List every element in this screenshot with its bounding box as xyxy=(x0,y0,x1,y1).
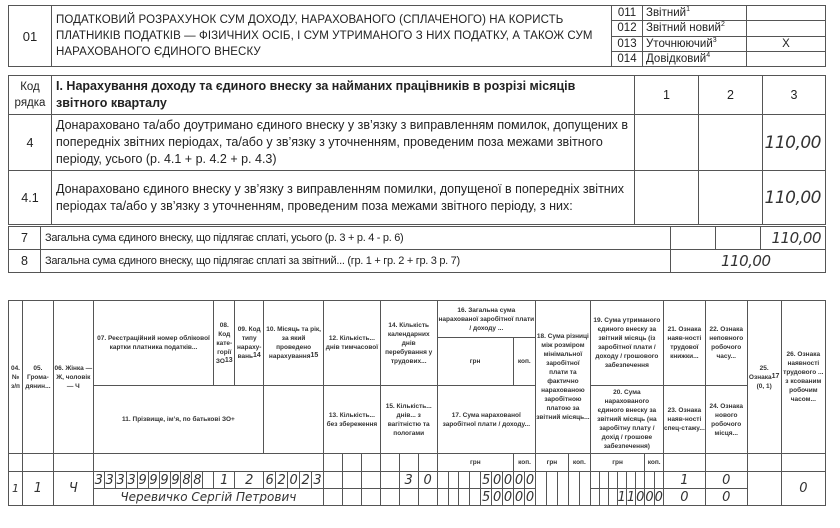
c12-cell[interactable] xyxy=(324,472,343,489)
subheader-grn: грн xyxy=(437,454,513,472)
subheader-blank xyxy=(53,454,93,472)
subheader-blank xyxy=(781,454,825,472)
tax-id-digit[interactable]: 3 xyxy=(115,472,126,489)
employee-grid: 04. № з/п 05. Грома-дянин... 06. Жінка —… xyxy=(8,300,826,506)
tax-id-digit[interactable]: 9 xyxy=(170,472,181,489)
form-header: 01 ПОДАТКОВИЙ РОЗРАХУНОК СУМ ДОХОДУ, НАР… xyxy=(8,5,826,67)
col-header-3: 3 xyxy=(763,76,826,115)
row-code: 4 xyxy=(9,115,52,171)
header-26: 26. Ознака наявності трудового ... з ксо… xyxy=(781,301,825,454)
c19-digit[interactable] xyxy=(599,472,608,489)
option-code: 011 xyxy=(612,6,643,21)
col-header-1: 1 xyxy=(635,76,699,115)
option-reporting-mark[interactable] xyxy=(747,6,826,21)
c14-value[interactable]: 3 xyxy=(399,472,418,489)
row-number[interactable]: 1 xyxy=(9,472,23,506)
c17-digit[interactable] xyxy=(470,489,481,506)
header-11: 11. Прізвище, ім’я, по батькові ЗО+ xyxy=(93,386,263,454)
c20-digit[interactable]: 1 xyxy=(626,489,635,506)
header-16-title: 16. Загальна сума нарахованої заробітної… xyxy=(438,301,535,338)
row-total-value[interactable]: 110,00 xyxy=(671,250,826,273)
table-row: 8 Загальна сума єдиного внеску, що підля… xyxy=(9,250,826,273)
subheader-kop: коп. xyxy=(568,454,590,472)
header-15: 15. Кількість... днів... з вагітністю та… xyxy=(380,386,437,454)
c16-digit[interactable]: 5 xyxy=(481,472,492,489)
subheader-grn: грн xyxy=(590,454,645,472)
c15-cell[interactable] xyxy=(380,489,399,506)
month-year-digit[interactable]: 3 xyxy=(312,472,324,489)
c17-digit[interactable]: 0 xyxy=(525,489,536,506)
c17-digit[interactable] xyxy=(459,489,470,506)
row-code: 8 xyxy=(9,250,41,273)
tax-id-digit[interactable]: 9 xyxy=(159,472,170,489)
subheader-blank xyxy=(324,454,343,472)
c17-digit[interactable] xyxy=(437,489,448,506)
row-value-1[interactable] xyxy=(671,227,716,250)
tax-id-digit[interactable]: 8 xyxy=(181,472,192,489)
c16-digit[interactable] xyxy=(470,472,481,489)
row-value-2[interactable] xyxy=(699,115,763,171)
option-code: 013 xyxy=(612,36,643,51)
tax-id-digit[interactable]: 3 xyxy=(126,472,137,489)
row-description: Донараховано єдиного внеску у зв’язку з … xyxy=(52,171,635,225)
option-reporting-new-mark[interactable] xyxy=(747,21,826,36)
c13-cell[interactable] xyxy=(361,489,380,506)
option-clarifying-mark[interactable]: X xyxy=(747,36,826,51)
month-year-digit[interactable]: 0 xyxy=(288,472,300,489)
subheader-blank xyxy=(399,454,418,472)
full-name-field[interactable]: Черевичко Сергій Петрович xyxy=(93,489,323,506)
subheader-blank xyxy=(93,454,323,472)
subheader-blank xyxy=(663,454,705,472)
c18-digit[interactable] xyxy=(557,472,568,506)
c25-field[interactable] xyxy=(747,472,781,506)
c20-digit[interactable] xyxy=(608,489,617,506)
c14-cell[interactable] xyxy=(380,472,399,489)
option-code: 014 xyxy=(612,51,643,66)
code-column-header: Код рядка xyxy=(9,76,52,115)
c17-digit[interactable]: 0 xyxy=(503,489,514,506)
c16-digit[interactable] xyxy=(437,472,448,489)
subheader-kop: коп. xyxy=(514,454,536,472)
c16-digit[interactable]: 0 xyxy=(514,472,525,489)
totals-table: 7 Загальна сума єдиного внеску, що підля… xyxy=(8,226,826,273)
c20-digit[interactable]: 0 xyxy=(636,489,645,506)
c19-digit[interactable] xyxy=(645,472,654,489)
c18-digit[interactable] xyxy=(535,472,546,506)
subheader-blank xyxy=(747,454,781,472)
header-22: 22. Ознака неповного робочого часу... xyxy=(705,301,747,386)
subheader-kop: коп. xyxy=(645,454,664,472)
subheader-blank xyxy=(380,454,399,472)
c16-digit[interactable]: 0 xyxy=(503,472,514,489)
header-24: 24. Ознака нового робочого місця... xyxy=(705,386,747,454)
table-row: 7 Загальна сума єдиного внеску, що підля… xyxy=(9,227,826,250)
c19-digit[interactable] xyxy=(617,472,626,489)
c16-digit[interactable]: 0 xyxy=(525,472,536,489)
tax-id-digit[interactable] xyxy=(203,472,214,489)
c15-cell[interactable] xyxy=(399,489,418,506)
row-value-2[interactable] xyxy=(716,227,761,250)
header-06: 06. Жінка — Ж, чоловік — Ч xyxy=(53,301,93,454)
row-value-2[interactable] xyxy=(699,171,763,225)
row-value-1[interactable] xyxy=(635,115,699,171)
form-title: ПОДАТКОВИЙ РОЗРАХУНОК СУМ ДОХОДУ, НАРАХО… xyxy=(52,6,612,67)
employee-row: 1 1 Ч 3 3 3 3 9 9 9 9 8 8 1 2 6 2 0 2 3 … xyxy=(9,472,826,489)
option-code: 012 xyxy=(612,21,643,36)
c19-digit[interactable] xyxy=(636,472,645,489)
header-07: 07. Реєстраційний номер облікової картки… xyxy=(93,301,214,386)
c13-cell[interactable] xyxy=(342,489,361,506)
subheader-grn: грн xyxy=(535,454,568,472)
c18-digit[interactable] xyxy=(546,472,557,506)
tax-id-digit[interactable]: 3 xyxy=(93,472,104,489)
row-code: 7 xyxy=(9,227,41,250)
subheader-blank xyxy=(342,454,361,472)
row-description: Донараховано та/або доутримано єдиного в… xyxy=(52,115,635,171)
c20-digit[interactable]: 0 xyxy=(654,489,663,506)
c17-digit[interactable]: 0 xyxy=(492,489,503,506)
header-04: 04. № з/п xyxy=(9,301,23,454)
c20-digit[interactable]: 0 xyxy=(645,489,654,506)
c21-field[interactable]: 1 xyxy=(663,472,705,489)
c16-digit[interactable] xyxy=(459,472,470,489)
c18-digit[interactable] xyxy=(579,472,590,506)
c13-cell[interactable] xyxy=(324,489,343,506)
subheader-blank xyxy=(9,454,23,472)
c17-digit[interactable]: 0 xyxy=(514,489,525,506)
option-reference: Довідковий4 xyxy=(643,51,747,66)
subheader-blank xyxy=(418,454,437,472)
c17-digit[interactable]: 5 xyxy=(481,489,492,506)
c19-digit[interactable] xyxy=(626,472,635,489)
month-year-digit[interactable]: 2 xyxy=(300,472,312,489)
citizen-field[interactable]: 1 xyxy=(22,472,53,506)
row-value-1[interactable] xyxy=(635,171,699,225)
gender-field[interactable]: Ч xyxy=(53,472,93,506)
row-code: 4.1 xyxy=(9,171,52,225)
option-reporting: Звітний1 xyxy=(643,6,747,21)
tax-id-digit[interactable]: 3 xyxy=(104,472,115,489)
col-header-2: 2 xyxy=(699,76,763,115)
c20-digit[interactable] xyxy=(590,489,599,506)
row-value-3[interactable]: 110,00 xyxy=(763,115,826,171)
header-10: 10. Місяць та рік, за який проведено нар… xyxy=(264,301,324,386)
c16-digit[interactable] xyxy=(448,472,459,489)
subheader-blank xyxy=(22,454,53,472)
header-16: 16. Загальна сума нарахованої заробітної… xyxy=(437,301,535,386)
c19-digit[interactable] xyxy=(590,472,599,489)
c12-cell[interactable] xyxy=(361,472,380,489)
row-description: Загальна сума єдиного внеску, що підляга… xyxy=(41,250,671,273)
table-row: 4.1 Донараховано єдиного внеску у зв’язк… xyxy=(9,171,826,225)
row-value-3[interactable]: 110,00 xyxy=(761,227,826,250)
header-blank xyxy=(264,386,324,454)
form-code: 01 xyxy=(9,6,52,67)
category-code-field[interactable]: 1 xyxy=(214,472,235,489)
c17-digit[interactable] xyxy=(448,489,459,506)
c26-field[interactable]: 0 xyxy=(781,472,825,506)
c16-digit[interactable]: 0 xyxy=(492,472,503,489)
header-16-kop: коп. xyxy=(514,338,535,385)
c22-field[interactable]: 0 xyxy=(705,472,747,489)
subheader-blank xyxy=(705,454,747,472)
c20-digit[interactable] xyxy=(599,489,608,506)
header-18: 18. Сума різниці між розміром мінімально… xyxy=(535,301,590,454)
c18-digit[interactable] xyxy=(568,472,579,506)
charge-type-field[interactable]: 2 xyxy=(235,472,264,489)
header-05: 05. Грома-дянин... xyxy=(22,301,53,454)
tax-id-digit[interactable]: 8 xyxy=(192,472,203,489)
header-14: 14. Кількість календарних днів перебуван… xyxy=(380,301,437,386)
c20-digit[interactable]: 1 xyxy=(617,489,626,506)
c19-digit[interactable] xyxy=(608,472,617,489)
employee-row-bottom: Черевичко Сергій Петрович 5 0 0 0 0 1 1 … xyxy=(9,489,826,506)
header-21: 21. Ознака наяв-ності трудової книжки... xyxy=(663,301,705,386)
table-row: 4 Донараховано та/або доутримано єдиного… xyxy=(9,115,826,171)
header-16-grn: грн xyxy=(438,338,514,385)
header-12: 12. Кількість... днів тимчасової xyxy=(324,301,381,386)
c24-field[interactable]: 0 xyxy=(705,489,747,506)
option-clarifying: Уточнюючий3 xyxy=(643,36,747,51)
month-year-digit[interactable]: 6 xyxy=(264,472,276,489)
header-08: 08. Код кате-горії ЗО13 xyxy=(214,301,235,386)
header-23: 23. Ознака наяв-ності спец-стажу... xyxy=(663,386,705,454)
section-1-title: I. Нарахування доходу та єдиного внеску … xyxy=(52,76,635,115)
option-reference-mark[interactable] xyxy=(747,51,826,66)
option-reporting-new: Звітний новий2 xyxy=(643,21,747,36)
c15-cell[interactable] xyxy=(418,489,437,506)
header-20: 20. Сума нарахованого єдиного внеску за … xyxy=(590,386,663,454)
header-19: 19. Сума утриманого єдиного внеску за зв… xyxy=(590,301,663,386)
header-09: 09. Код типу нарахy-вань14 xyxy=(235,301,264,386)
c14-value-2[interactable]: 0 xyxy=(418,472,437,489)
c23-field[interactable]: 0 xyxy=(663,489,705,506)
tax-id-digit[interactable]: 9 xyxy=(148,472,159,489)
header-25: 25. Ознака17(0, 1) xyxy=(747,301,781,454)
subheader-blank xyxy=(361,454,380,472)
row-description: Загальна сума єдиного внеску, що підляга… xyxy=(41,227,671,250)
month-year-digit[interactable]: 2 xyxy=(276,472,288,489)
header-13: 13. Кількість... без збереження xyxy=(324,386,381,454)
row-value-3[interactable]: 110,00 xyxy=(763,171,826,225)
c12-cell[interactable] xyxy=(342,472,361,489)
header-17: 17. Сума нарахованої заробітної плати / … xyxy=(437,386,535,454)
section-1-table: Код рядка I. Нарахування доходу та єдино… xyxy=(8,75,826,225)
c19-digit[interactable] xyxy=(654,472,663,489)
tax-id-digit[interactable]: 9 xyxy=(137,472,148,489)
